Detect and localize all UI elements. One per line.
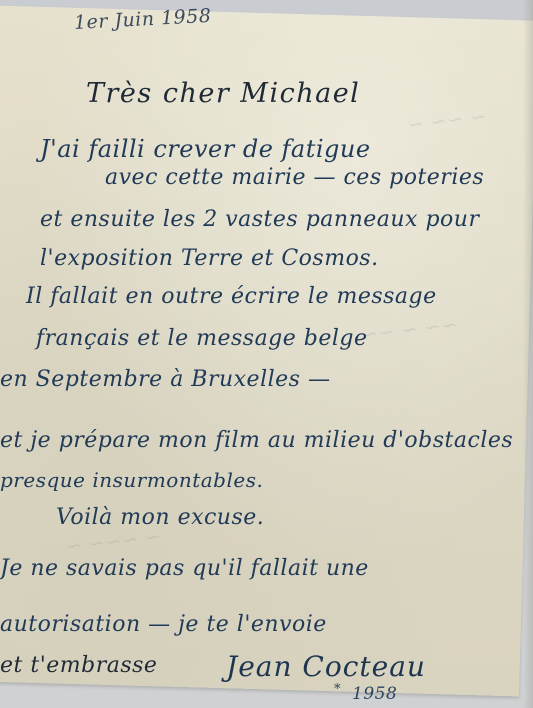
letter-line: presque insurmontables. (0, 468, 263, 492)
letter-line: J'ai failli crever de fatigue (40, 135, 371, 163)
letter-line: Il fallait en outre écrire le message (26, 284, 437, 309)
signature: Jean Cocteau (226, 650, 426, 683)
letter-line: et ensuite les 2 vastes panneaux pour (40, 207, 479, 232)
bleed-through-text: ~ ~~ ~ (406, 104, 488, 137)
letter-line: français et le message belge (36, 326, 368, 351)
letter-line: autorisation — je te l'envoie (0, 612, 327, 637)
letter-closing: et t'embrasse (0, 653, 157, 678)
letter-line: Voilà mon excuse. (56, 505, 264, 530)
signature-star-mark: * (334, 682, 341, 697)
letter-salutation: Très cher Michael (86, 78, 360, 109)
signature-date: 1958 (352, 684, 397, 704)
letter-line: Je ne savais pas qu'il fallait une (0, 556, 369, 581)
letter-photograph: ~ ~~ ~ ~~ ~ ~~ ~ ~~~ ~ 1er Juin 1958 Trè… (0, 0, 533, 708)
paper-right-edge-shadow (523, 0, 533, 708)
bleed-through-text: ~~ ~ ~~ (360, 312, 459, 347)
letter-line: l'exposition Terre et Cosmos. (40, 246, 379, 271)
letter-line: avec cette mairie — ces poteries (105, 165, 484, 190)
letter-line: et je prépare mon film au milieu d'obsta… (0, 428, 513, 453)
letter-line: en Septembre à Bruxelles — (0, 367, 330, 392)
